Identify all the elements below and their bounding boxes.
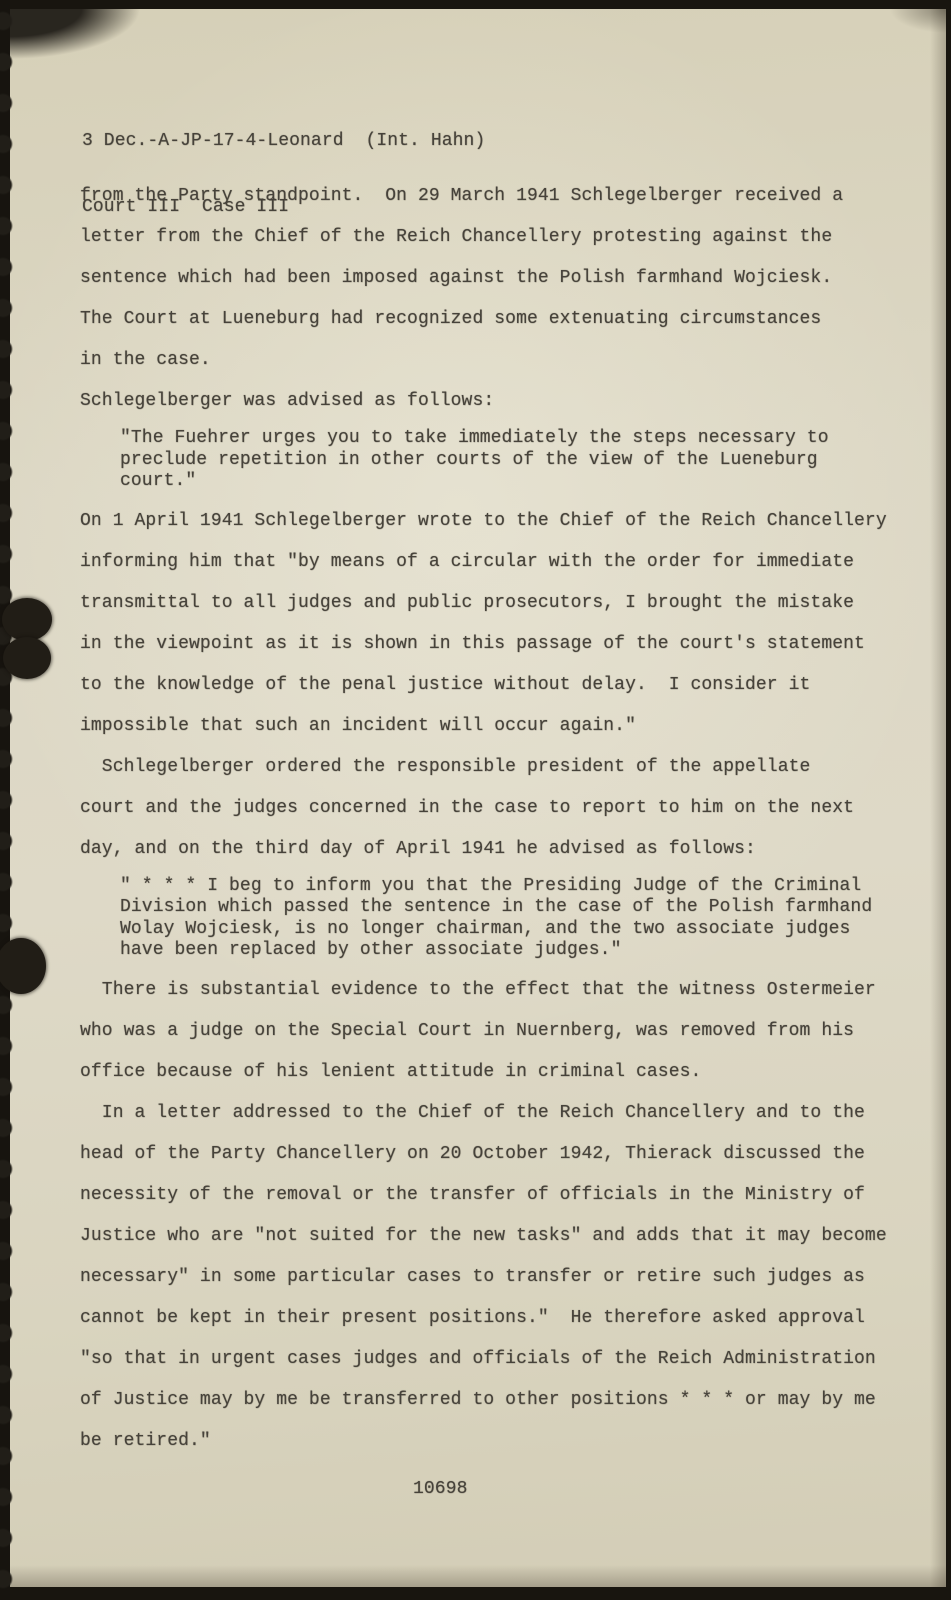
paragraph: There is substantial evidence to the eff… <box>80 970 940 1093</box>
text-line: from the Party standpoint. On 29 March 1… <box>80 176 940 217</box>
text-line: to the knowledge of the penal justice wi… <box>80 665 940 706</box>
text-line: of Justice may by me be transferred to o… <box>80 1380 940 1421</box>
text-line: Schlegelberger ordered the responsible p… <box>80 747 940 788</box>
text-line: necessity of the removal or the transfer… <box>80 1175 940 1216</box>
document-body: from the Party standpoint. On 29 March 1… <box>80 176 940 1462</box>
text-line: In a letter addressed to the Chief of th… <box>80 1093 940 1134</box>
quoted-passage: "The Fuehrer urges you to take immediate… <box>120 428 940 493</box>
text-line: in the viewpoint as it is shown in this … <box>80 624 940 665</box>
text-line: who was a judge on the Special Court in … <box>80 1011 940 1052</box>
text-line: impossible that such an incident will oc… <box>80 706 940 747</box>
text-line: have been replaced by other associate ju… <box>120 940 940 962</box>
text-line: Schlegelberger was advised as follows: <box>80 381 940 422</box>
text-line: be retired." <box>80 1421 940 1462</box>
text-line: "so that in urgent cases judges and offi… <box>80 1339 940 1380</box>
text-line: Division which passed the sentence in th… <box>120 897 940 919</box>
text-line: letter from the Chief of the Reich Chanc… <box>80 217 940 258</box>
paragraph: In a letter addressed to the Chief of th… <box>80 1093 940 1462</box>
text-line: cannot be kept in their present position… <box>80 1298 940 1339</box>
header-case-reference: 3 Dec.-A-JP-17-4-Leonard (Int. Hahn) <box>82 130 485 152</box>
text-line: "The Fuehrer urges you to take immediate… <box>120 428 940 450</box>
paragraph: Schlegelberger ordered the responsible p… <box>80 747 940 870</box>
text-line: necessary" in some particular cases to t… <box>80 1257 940 1298</box>
punch-hole <box>2 598 52 641</box>
text-line: Wolay Wojciesk, is no longer chairman, a… <box>120 919 940 941</box>
binding-perforations <box>0 0 24 1600</box>
punch-hole <box>3 637 51 679</box>
text-line: court." <box>120 471 940 493</box>
text-line: There is substantial evidence to the eff… <box>80 970 940 1011</box>
text-line: Justice who are "not suited for the new … <box>80 1216 940 1257</box>
page-number: 10698 <box>413 1479 468 1499</box>
text-line: day, and on the third day of April 1941 … <box>80 829 940 870</box>
text-line: sentence which had been imposed against … <box>80 258 940 299</box>
text-line: " * * * I beg to inform you that the Pre… <box>120 876 940 898</box>
paragraph: from the Party standpoint. On 29 March 1… <box>80 176 940 381</box>
paragraph: On 1 April 1941 Schlegelberger wrote to … <box>80 501 940 747</box>
text-line: head of the Party Chancellery on 20 Octo… <box>80 1134 940 1175</box>
paragraph: Schlegelberger was advised as follows: <box>80 381 940 422</box>
quoted-passage: " * * * I beg to inform you that the Pre… <box>120 876 940 962</box>
text-line: office because of his lenient attitude i… <box>80 1052 940 1093</box>
text-line: preclude repetition in other courts of t… <box>120 450 940 472</box>
text-line: On 1 April 1941 Schlegelberger wrote to … <box>80 501 940 542</box>
text-line: transmittal to all judges and public pro… <box>80 583 940 624</box>
text-line: court and the judges concerned in the ca… <box>80 788 940 829</box>
text-line: The Court at Lueneburg had recognized so… <box>80 299 940 340</box>
text-line: informing him that "by means of a circul… <box>80 542 940 583</box>
text-line: in the case. <box>80 340 940 381</box>
